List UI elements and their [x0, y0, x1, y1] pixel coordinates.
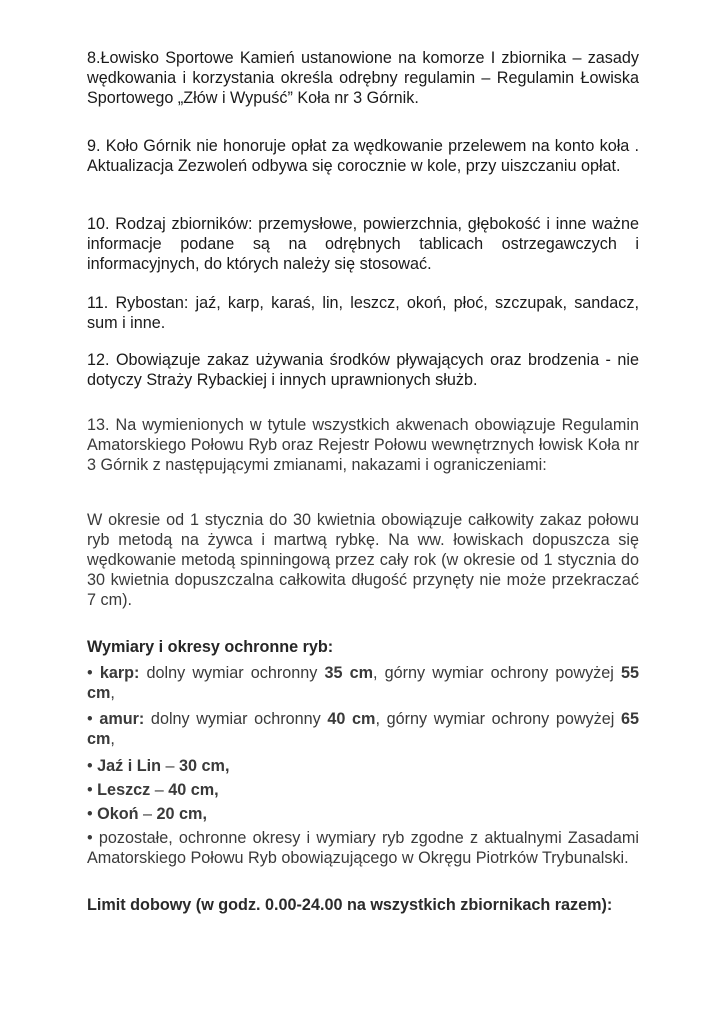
bullet: • — [87, 757, 93, 775]
paragraph-13-restrictions: W okresie od 1 stycznia do 30 kwietnia o… — [87, 510, 639, 610]
size-item-amur: • amur: dolny wymiar ochronny 40 cm, gór… — [87, 709, 639, 749]
size-value: 20 cm, — [157, 805, 207, 823]
paragraph-12: 12. Obowiązuje zakaz używania środków pł… — [87, 350, 639, 390]
bullet: • — [87, 781, 93, 799]
other-rule-text: pozostałe, ochronne okresy i wymiary ryb… — [87, 829, 639, 867]
bullet: • — [87, 710, 93, 728]
lower-size: 35 cm — [324, 664, 373, 682]
size-item-okon: • Okoń – 20 cm, — [87, 804, 639, 824]
size-value: 30 cm, — [179, 757, 229, 775]
paragraph-13: 13. Na wymienionych w tytule wszystkich … — [87, 415, 639, 475]
lower-size: 40 cm — [327, 710, 375, 728]
fish-name: Leszcz — [97, 781, 150, 799]
paragraph-8: 8.Łowisko Sportowe Kamień ustanowione na… — [87, 48, 639, 108]
size-item-jaz-lin: • Jaź i Lin – 30 cm, — [87, 756, 639, 776]
paragraph-10: 10. Rodzaj zbiorników: przemysłowe, powi… — [87, 214, 639, 274]
paragraph-9: 9. Koło Górnik nie honoruje opłat za węd… — [87, 136, 639, 176]
paragraph-11: 11. Rybostan: jaź, karp, karaś, lin, les… — [87, 293, 639, 333]
bullet: • — [87, 805, 93, 823]
sizes-heading: Wymiary i okresy ochronne ryb: — [87, 637, 639, 657]
bullet: • — [87, 664, 93, 682]
size-item-other: • pozostałe, ochronne okresy i wymiary r… — [87, 828, 639, 868]
fish-name: Okoń — [97, 805, 138, 823]
fish-name: amur: — [99, 710, 144, 728]
daily-limit-heading: Limit dobowy (w godz. 0.00-24.00 na wszy… — [87, 895, 639, 915]
size-value: 40 cm, — [168, 781, 218, 799]
fish-name: karp: — [100, 664, 140, 682]
size-item-leszcz: • Leszcz – 40 cm, — [87, 780, 639, 800]
fish-name: Jaź i Lin — [97, 757, 161, 775]
size-item-karp: • karp: dolny wymiar ochronny 35 cm, gór… — [87, 663, 639, 703]
